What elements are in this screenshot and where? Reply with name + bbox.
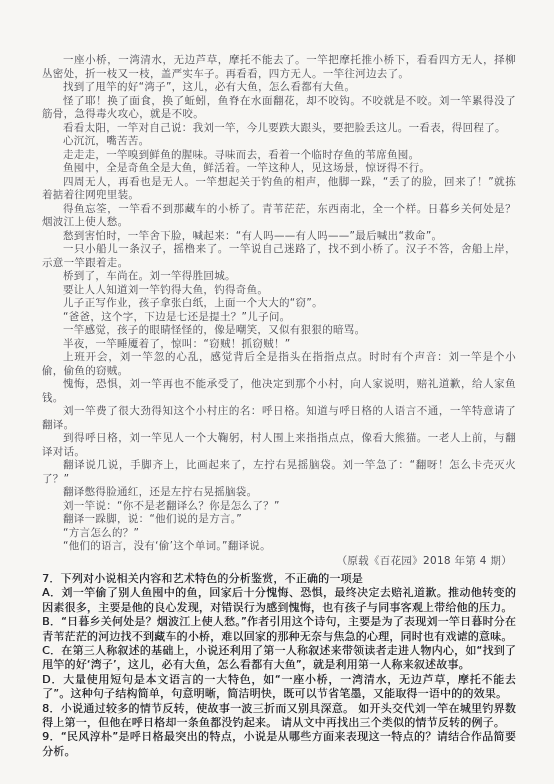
story-paragraph: “他们的语言，没有‘偷’这个单词。”翻译说。	[42, 540, 516, 554]
story-paragraph: 翻译一跺脚，说：“他们说的是方言。”	[42, 513, 516, 527]
story-paragraph: 半夜，一竿睡魇着了，惊叫：“窃贼！抓窃贼！”	[42, 338, 516, 352]
story-paragraph: “方言怎么的？”	[42, 527, 516, 541]
story-paragraph: 一座小桥，一湾清水，无边芦草，摩托不能去了。一竿把摩托推小桥下，看看四方无人，择…	[42, 54, 516, 81]
question-7-option-c: C．在第三人称叙述的基础上，小说还利用了第一人称叙述来带领读者走进人物内心，如“…	[42, 644, 516, 673]
story-paragraph: 要让人人知道刘一竿钓得大鱼，钓得奇鱼。	[42, 284, 516, 298]
story-paragraph: 怪了耶！换了面食，换了蚯蚓，鱼脊在水面翻花，却不咬钩。不咬就是不咬。刘一竿累得没…	[42, 95, 516, 122]
story-paragraph: 上班开会，刘一竿忽的心乱，感觉背后全是指头在指指点点。时时有个声音：刘一竿是个小…	[42, 351, 516, 378]
story-paragraph: 翻译憋得脸通红，还是左拧右晃摇脑袋。	[42, 486, 516, 500]
story-paragraph: 愁到害怕时，一竿舍下脸，喊起来：“有人吗——有人吗——”最后喊出“救命”。	[42, 230, 516, 244]
story-paragraph: 桥到了，车尚在。刘一竿得胜回城。	[42, 270, 516, 284]
story-paragraph: 鱼囤中，全是奇鱼全是大鱼，鲜活着。一竿这种人，见这场景，惊讶得不行。	[42, 162, 516, 176]
story-paragraph: 儿子正写作业，孩子拿张白纸，上面一个大大的“窃”。	[42, 297, 516, 311]
story-paragraph: 一竿感觉，孩子的眼睛怪怪的，像是嘲笑，又似有狠狠的暗骂。	[42, 324, 516, 338]
question-9: 9．“民风淳朴”是呼日格最突出的特点，小说是从哪些方面来表现这一特点的？请结合作…	[42, 730, 516, 759]
story-paragraph: 翻译说几说，手脚齐上，比画起来了，左拧右晃摇脑袋。刘一竿急了：“翻呀！怎么卡壳灭…	[42, 459, 516, 486]
questions-block: 7．下列对小说相关内容和艺术特色的分析鉴赏，不正确的一项是 A．刘一竿偷了别人鱼…	[42, 572, 516, 759]
story-paragraph: 得鱼忘筌，一竿看不到那藏车的小桥了。青苇茫茫，东西南北，全一个样。日暮乡关何处是…	[42, 203, 516, 230]
story-paragraph: 刘一竿说：“你不是老翻译么？你是怎么了？”	[42, 500, 516, 514]
story-paragraph: 到得呼日格，刘一竿见人一个大鞠躬，村人围上来指指点点，像看大熊猫。一老人上前，与…	[42, 432, 516, 459]
question-7-option-a: A．刘一竿偷了别人鱼囤中的鱼，回家后十分愧悔、恐惧，最终决定去赔礼道歉。推动他转…	[42, 586, 516, 615]
question-7-option-b: B．“日暮乡关何处是？烟波江上使人愁。”作者引用这个诗句，主要是为了表现刘一竿日…	[42, 615, 516, 644]
story-paragraph: 心沉沉，嘴苦苦。	[42, 135, 516, 149]
question-7-option-d: D．大量使用短句是本文语言的一大特色，如“一座小桥，一湾清水，无边芦草，摩托不能…	[42, 673, 516, 702]
story-paragraph: 刘一竿费了很大劲得知这个小村庄的名：呼日格。知道与呼日格的人语言不通，一竿特意请…	[42, 405, 516, 432]
scanned-exam-page: 一座小桥，一湾清水，无边芦草，摩托不能去了。一竿把摩托推小桥下，看看四方无人，择…	[0, 0, 554, 784]
story-paragraph: 一只小船儿一条汉子，摇橹来了。一竿说自己迷路了，找不到小桥了。汉子不答，舍船上岸…	[42, 243, 516, 270]
story-paragraph: 愧悔，恐惧，刘一竿再也不能承受了，他决定到那个小村，向人家说明，赔礼道歉，给人家…	[42, 378, 516, 405]
source-citation: （原载《百花园》2018 年第 4 期）	[42, 555, 516, 569]
story-paragraph: 看看太阳，一竿对自己说：我刘一竿，今儿要跌大跟头，要把脸丢这儿。一看表，得回程了…	[42, 122, 516, 136]
story-paragraph: 走走走，一竿嗅到鲜鱼的腥味。寻味而去，看着一个临时存鱼的苇席鱼囤。	[42, 149, 516, 163]
story-paragraph: 四周无人，再看也是无人。一竿想起关于钓鱼的相声，他脚一跺，“丢了的脸，回来了！”…	[42, 176, 516, 203]
story-text-block: 一座小桥，一湾清水，无边芦草，摩托不能去了。一竿把摩托推小桥下，看看四方无人，择…	[42, 54, 516, 568]
story-paragraph: 找到了甩竿的好“湾子”，这儿，必有大鱼，怎么看都有大鱼。	[42, 81, 516, 95]
question-7-stem: 7．下列对小说相关内容和艺术特色的分析鉴赏，不正确的一项是	[42, 572, 516, 586]
story-paragraph: “爸爸，这个字，下边是七还是提土？”儿子问。	[42, 311, 516, 325]
question-8: 8．小说通过较多的情节反转，使故事一波三折而又别具深意。 如开头交代刘一竿在城里…	[42, 702, 516, 731]
